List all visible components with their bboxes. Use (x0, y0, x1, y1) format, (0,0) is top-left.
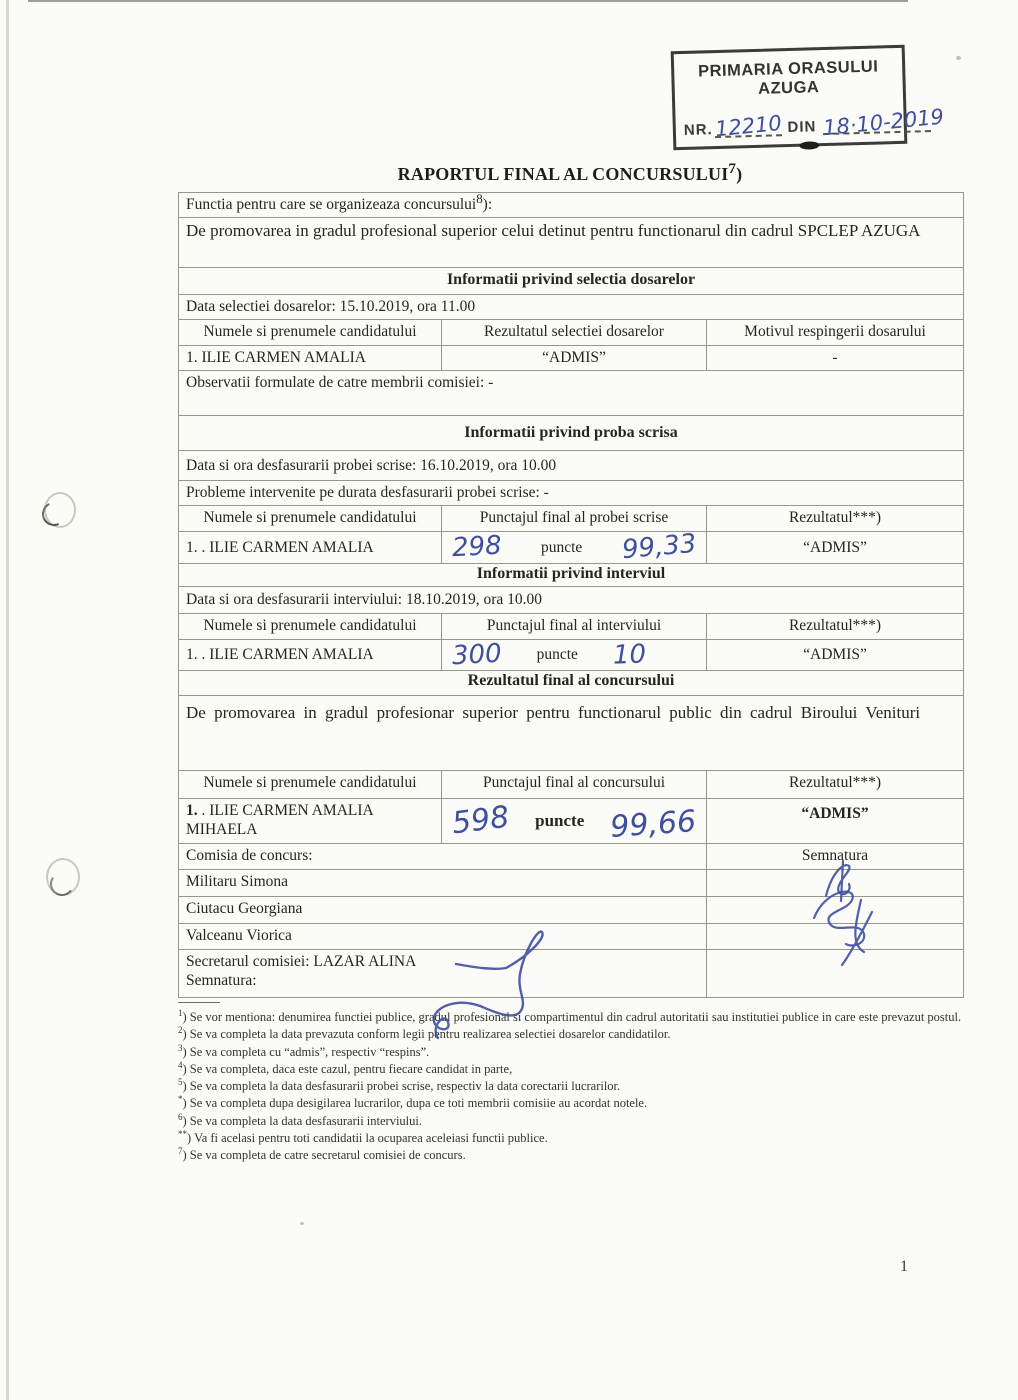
table-row-functia-value: De promovarea in gradul profesional supe… (179, 218, 963, 268)
rejection-motive: - (706, 346, 963, 370)
score-handwritten: 99,33 (620, 528, 697, 567)
selection-result: “ADMIS” (441, 346, 706, 370)
functia-label: Functia pentru care se organizeaza concu… (179, 193, 963, 217)
table-row-candidate-selectia: 1. ILIE CARMEN AMALIA “ADMIS” - (179, 346, 963, 371)
stamp-institution-name: PRIMARIA ORASULUI AZUGA (674, 57, 903, 101)
puncte-label: puncte (541, 538, 582, 557)
section-proba-scrisa: Informatii privind proba scrisa (179, 416, 963, 451)
comisia-label: Comisia de concurs: (179, 844, 706, 869)
candidate-name: 1. . ILIE CARMEN AMALIA MIHAELA (179, 799, 441, 843)
signature-ciutacu (806, 886, 896, 966)
document-title: RAPORTUL FINAL AL CONCURSULUI7) (178, 164, 962, 185)
member-name: Ciutacu Georgiana (179, 897, 706, 923)
footnote-separator (178, 1002, 220, 1003)
stamp-nr-value-handwritten: 12210 (714, 111, 783, 141)
table-row-data-interviu: Data si ora desfasurarii interviului: 18… (179, 587, 963, 614)
table-row-data-selectiei: Data selectiei dosarelor: 15.10.2019, or… (179, 295, 963, 320)
stamp-nr-label: NR. (684, 121, 713, 139)
column-header: Punctajul final al interviului (441, 614, 706, 639)
table-row-functia-label: Functia pentru care se organizeaza concu… (179, 193, 963, 218)
points-handwritten: 300 (451, 637, 502, 672)
column-header: Rezultatul***) (706, 771, 963, 798)
stamp-din-value-handwritten: 18·10-2019 (822, 105, 945, 141)
puncte-label: puncte (535, 810, 584, 831)
column-header: Punctajul final al concursului (441, 771, 706, 798)
column-header: Motivul respingerii dosarului (706, 320, 963, 345)
section-interviul: Informatii privind interviul (179, 564, 963, 587)
table-row-observatii: Observatii formulate de catre membrii co… (179, 371, 963, 416)
scan-edge-line (28, 0, 908, 2)
member-name: Militaru Simona (179, 870, 706, 896)
table-row-candidate-interviu: 1. . ILIE CARMEN AMALIA 300 puncte 10 “A… (179, 640, 963, 671)
column-header: Rezultatul selectiei dosarelor (441, 320, 706, 345)
footnote: **) Va fi acelasi pentru toti candidatii… (178, 1130, 970, 1146)
column-header: Rezultatul***) (706, 614, 963, 639)
footnote: 7) Se va completa de catre secretarul co… (178, 1147, 970, 1163)
column-header: Numele si prenumele candidatului (179, 771, 441, 798)
section-title: Informatii privind selectia dosarelor (179, 268, 963, 294)
section-rezultat-final: Rezultatul final al concursului (179, 671, 963, 696)
data-interviu-text: Data si ora desfasurarii interviului: 18… (179, 588, 963, 611)
table-row-candidate-final: 1. . ILIE CARMEN AMALIA MIHAELA 598 punc… (179, 799, 963, 844)
score-handwritten: 99,66 (609, 803, 697, 846)
scan-speck (300, 1222, 304, 1225)
scanned-document-page: PRIMARIA ORASULUI AZUGA NR. 12210 DIN 18… (0, 0, 1018, 1400)
footnote: 3) Se va completa cu “admis”, respectiv … (178, 1044, 970, 1060)
table-row-probleme: Probleme intervenite pe durata desfasura… (179, 481, 963, 506)
table-row-final-paragraph: De promovarea in gradul profesionar supe… (179, 696, 963, 771)
table-row-data-proba-scrisa: Data si ora desfasurarii probei scrise: … (179, 451, 963, 481)
score-cell-proba-scrisa: 298 puncte 99,33 (441, 532, 706, 563)
table-header-final: Numele si prenumele candidatului Punctaj… (179, 771, 963, 799)
table-header-interviu: Numele si prenumele candidatului Punctaj… (179, 614, 963, 640)
functia-value: De promovarea in gradul profesional supe… (179, 218, 963, 267)
footnote: 5) Se va completa la data desfasurarii p… (178, 1078, 970, 1094)
observatii-text: Observatii formulate de catre membrii co… (179, 371, 963, 415)
result-text: “ADMIS” (706, 640, 963, 670)
signature-secretar (428, 922, 588, 1042)
footnote: *) Se va completa dupa desigilarea lucra… (178, 1095, 970, 1111)
footnote: 4) Se va completa, daca este cazul, pent… (178, 1061, 970, 1077)
section-title: Rezultatul final al concursului (179, 671, 963, 695)
page-number: 1 (900, 1258, 908, 1276)
column-header: Rezultatul***) (706, 506, 963, 531)
table-header-selectia: Numele si prenumele candidatului Rezulta… (179, 320, 963, 346)
probleme-text: Probleme intervenite pe durata desfasura… (179, 481, 963, 505)
table-row-candidate-proba-scrisa: 1. . ILIE CARMEN AMALIA 298 puncte 99,33… (179, 532, 963, 564)
stamp-ink-blob (799, 141, 819, 150)
data-selectiei-text: Data selectiei dosarelor: 15.10.2019, or… (179, 295, 963, 319)
section-selectia-dosarelor: Informatii privind selectia dosarelor (179, 268, 963, 295)
puncte-label: puncte (537, 645, 578, 664)
score-cell-final: 598 puncte 99,66 (441, 799, 706, 843)
result-text: “ADMIS” (706, 799, 963, 843)
stamp-din-label: DIN (787, 118, 816, 136)
hole-punch-mark (44, 492, 76, 528)
points-handwritten: 598 (450, 799, 511, 843)
registration-stamp: PRIMARIA ORASULUI AZUGA NR. 12210 DIN 18… (671, 45, 908, 150)
score-cell-interviu: 300 puncte 10 (441, 640, 706, 670)
column-header: Numele si prenumele candidatului (179, 320, 441, 345)
hole-punch-mark (46, 858, 80, 896)
table-header-proba-scrisa: Numele si prenumele candidatului Punctaj… (179, 506, 963, 532)
footnote: 6) Se va completa la data desfasurarii i… (178, 1113, 970, 1129)
candidate-name: 1. ILIE CARMEN AMALIA (179, 346, 441, 370)
scan-left-strip (6, 0, 9, 1400)
data-proba-scrisa-text: Data si ora desfasurarii probei scrise: … (179, 454, 963, 477)
candidate-name: 1. . ILIE CARMEN AMALIA (179, 532, 441, 563)
section-title: Informatii privind interviul (179, 564, 963, 586)
section-title: Informatii privind proba scrisa (179, 421, 963, 445)
score-handwritten: 10 (612, 638, 646, 672)
column-header: Punctajul final al probei scrise (441, 506, 706, 531)
candidate-name: 1. . ILIE CARMEN AMALIA (179, 640, 441, 670)
points-handwritten: 298 (451, 530, 502, 565)
column-header: Numele si prenumele candidatului (179, 506, 441, 531)
scan-speck (956, 56, 961, 60)
final-paragraph: De promovarea in gradul profesionar supe… (179, 696, 963, 770)
column-header: Numele si prenumele candidatului (179, 614, 441, 639)
result-text: “ADMIS” (706, 532, 963, 563)
